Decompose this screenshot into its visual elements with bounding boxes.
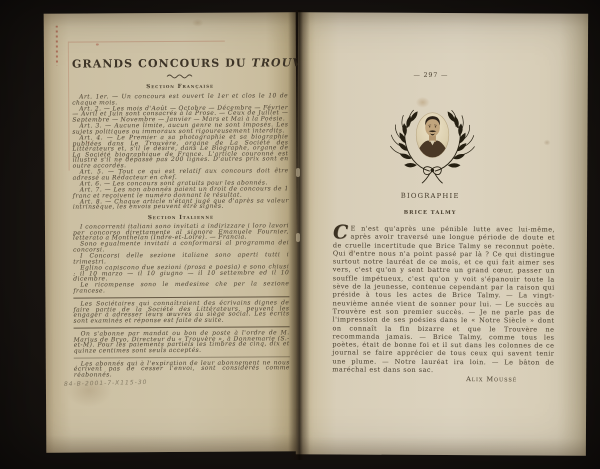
- red-deckle-edge: [56, 26, 58, 66]
- foxing-stain: [192, 19, 204, 27]
- italian-paragraph-1: I concorrenti italiani sono invitati a i…: [73, 223, 289, 241]
- binding-stitch: [296, 233, 300, 242]
- section-heading-italienne: Section Italienne: [73, 214, 289, 221]
- pencil-inscription: 84-B-2001-7-X115-30: [64, 378, 204, 388]
- italian-paragraph-5: Le ricompense sono le medesime che per l…: [73, 282, 289, 295]
- notice-reabonnement: Les abonnés qui à l'expiration de leur a…: [74, 360, 290, 378]
- article-4: Art. 4. — Le Premier a sa photographie e…: [72, 134, 288, 169]
- italian-paragraph-4: Eglino capiscono due sezioni (prosa e po…: [73, 264, 289, 282]
- left-page-text-block: GRANDS CONCOURS DU TROUVÈRE Section Fran…: [72, 56, 290, 378]
- separator-rule: [74, 326, 290, 328]
- title-ornament-squiggle: [166, 73, 194, 79]
- separator-rule: [73, 296, 289, 298]
- biographie-heading: BIOGRAPHIE: [327, 191, 533, 200]
- biography-paragraph: CE n'est qu'après une pénible lutte avec…: [332, 224, 555, 375]
- right-page: — 297 —: [296, 12, 588, 456]
- separator-rule: [74, 356, 290, 358]
- left-page: GRANDS CONCOURS DU TROUVÈRE Section Fran…: [44, 12, 299, 453]
- right-page-text-block: — 297 —: [296, 12, 588, 456]
- drop-cap-initial: C: [333, 225, 349, 240]
- italian-paragraphs: I concorrenti italiani sono invitati a i…: [73, 223, 289, 294]
- laureate-portrait: [389, 103, 475, 187]
- page-title: GRANDS CONCOURS DU TROUVÈRE: [72, 56, 288, 70]
- biography-text: E n'est qu'après une pénible lutte avec …: [332, 225, 555, 374]
- page-number: — 297 —: [328, 70, 534, 79]
- french-articles: Art. 1er. — Un concours est ouvert le 1e…: [72, 93, 289, 210]
- foxing-stain: [66, 373, 112, 407]
- notice-abonnement: On s'abonne par mandat ou bon de poste à…: [74, 330, 290, 354]
- binding-stitch: [296, 168, 300, 177]
- page-title-main: GRANDS CONCOURS DU: [72, 57, 247, 71]
- notice-societaires: Les Sociétaires qui connaîtraient des éc…: [73, 300, 289, 324]
- section-heading-francaise: Section Française: [72, 83, 288, 90]
- red-speck: [96, 43, 99, 45]
- subject-name-heading: BRICE TALMY: [327, 209, 533, 216]
- author-signature: Alix Moussé: [332, 374, 517, 383]
- article-8: Art. 8. — Chaque article n'étant jugé qu…: [73, 198, 289, 211]
- article-2: Art. 2. — Les mois d'Août — Octobre — Dé…: [72, 105, 288, 123]
